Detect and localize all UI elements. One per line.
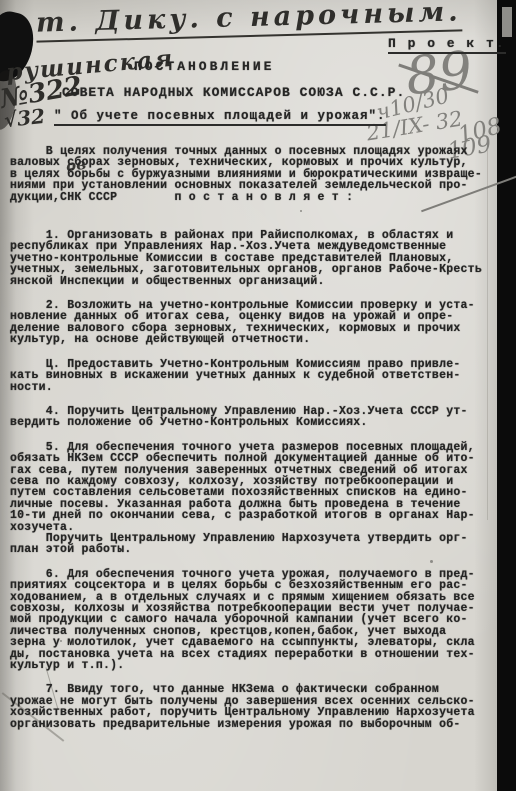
paragraph-3: Ц. Предоставить Учетно-Контрольным Комис…: [10, 359, 510, 393]
paragraph-4: 4. Поручить Центральному Управлению Нар.…: [10, 406, 510, 429]
paragraph-intro: В целях получения точных данных о посевн…: [10, 146, 510, 203]
scan-edge-notch: [502, 7, 512, 37]
document-scan-page: т. Дику. с нарочным. рушинская №322 √32 …: [0, 0, 516, 791]
draft-label: П р о е к т.: [388, 36, 506, 54]
handwritten-mark: √32: [3, 104, 46, 132]
paragraph-1: 1. Организовать в районах при Райисполко…: [10, 230, 510, 287]
paragraph-2: 2. Возложить на учетно-контрольные Комис…: [10, 300, 510, 346]
paragraph-5: 5. Для обеспечения точного учета размеро…: [10, 442, 510, 556]
decree-heading: ПОСТАНОВЛЕНИЕ: [134, 59, 274, 74]
paragraph-6: 6. Для обеспечения точного учета урожая,…: [10, 569, 510, 672]
decree-body: В целях получения точных данных о посевн…: [10, 146, 510, 743]
decree-org-line: СОВЕТА НАРОДНЫХ КОМИССАРОВ СОЮЗА С.С.Р.: [62, 85, 405, 100]
decree-subject-title: " Об учете посевных площадей и урожая".: [54, 109, 386, 126]
paragraph-7: 7. Ввиду того, что данные НКЗема о факти…: [10, 684, 510, 730]
